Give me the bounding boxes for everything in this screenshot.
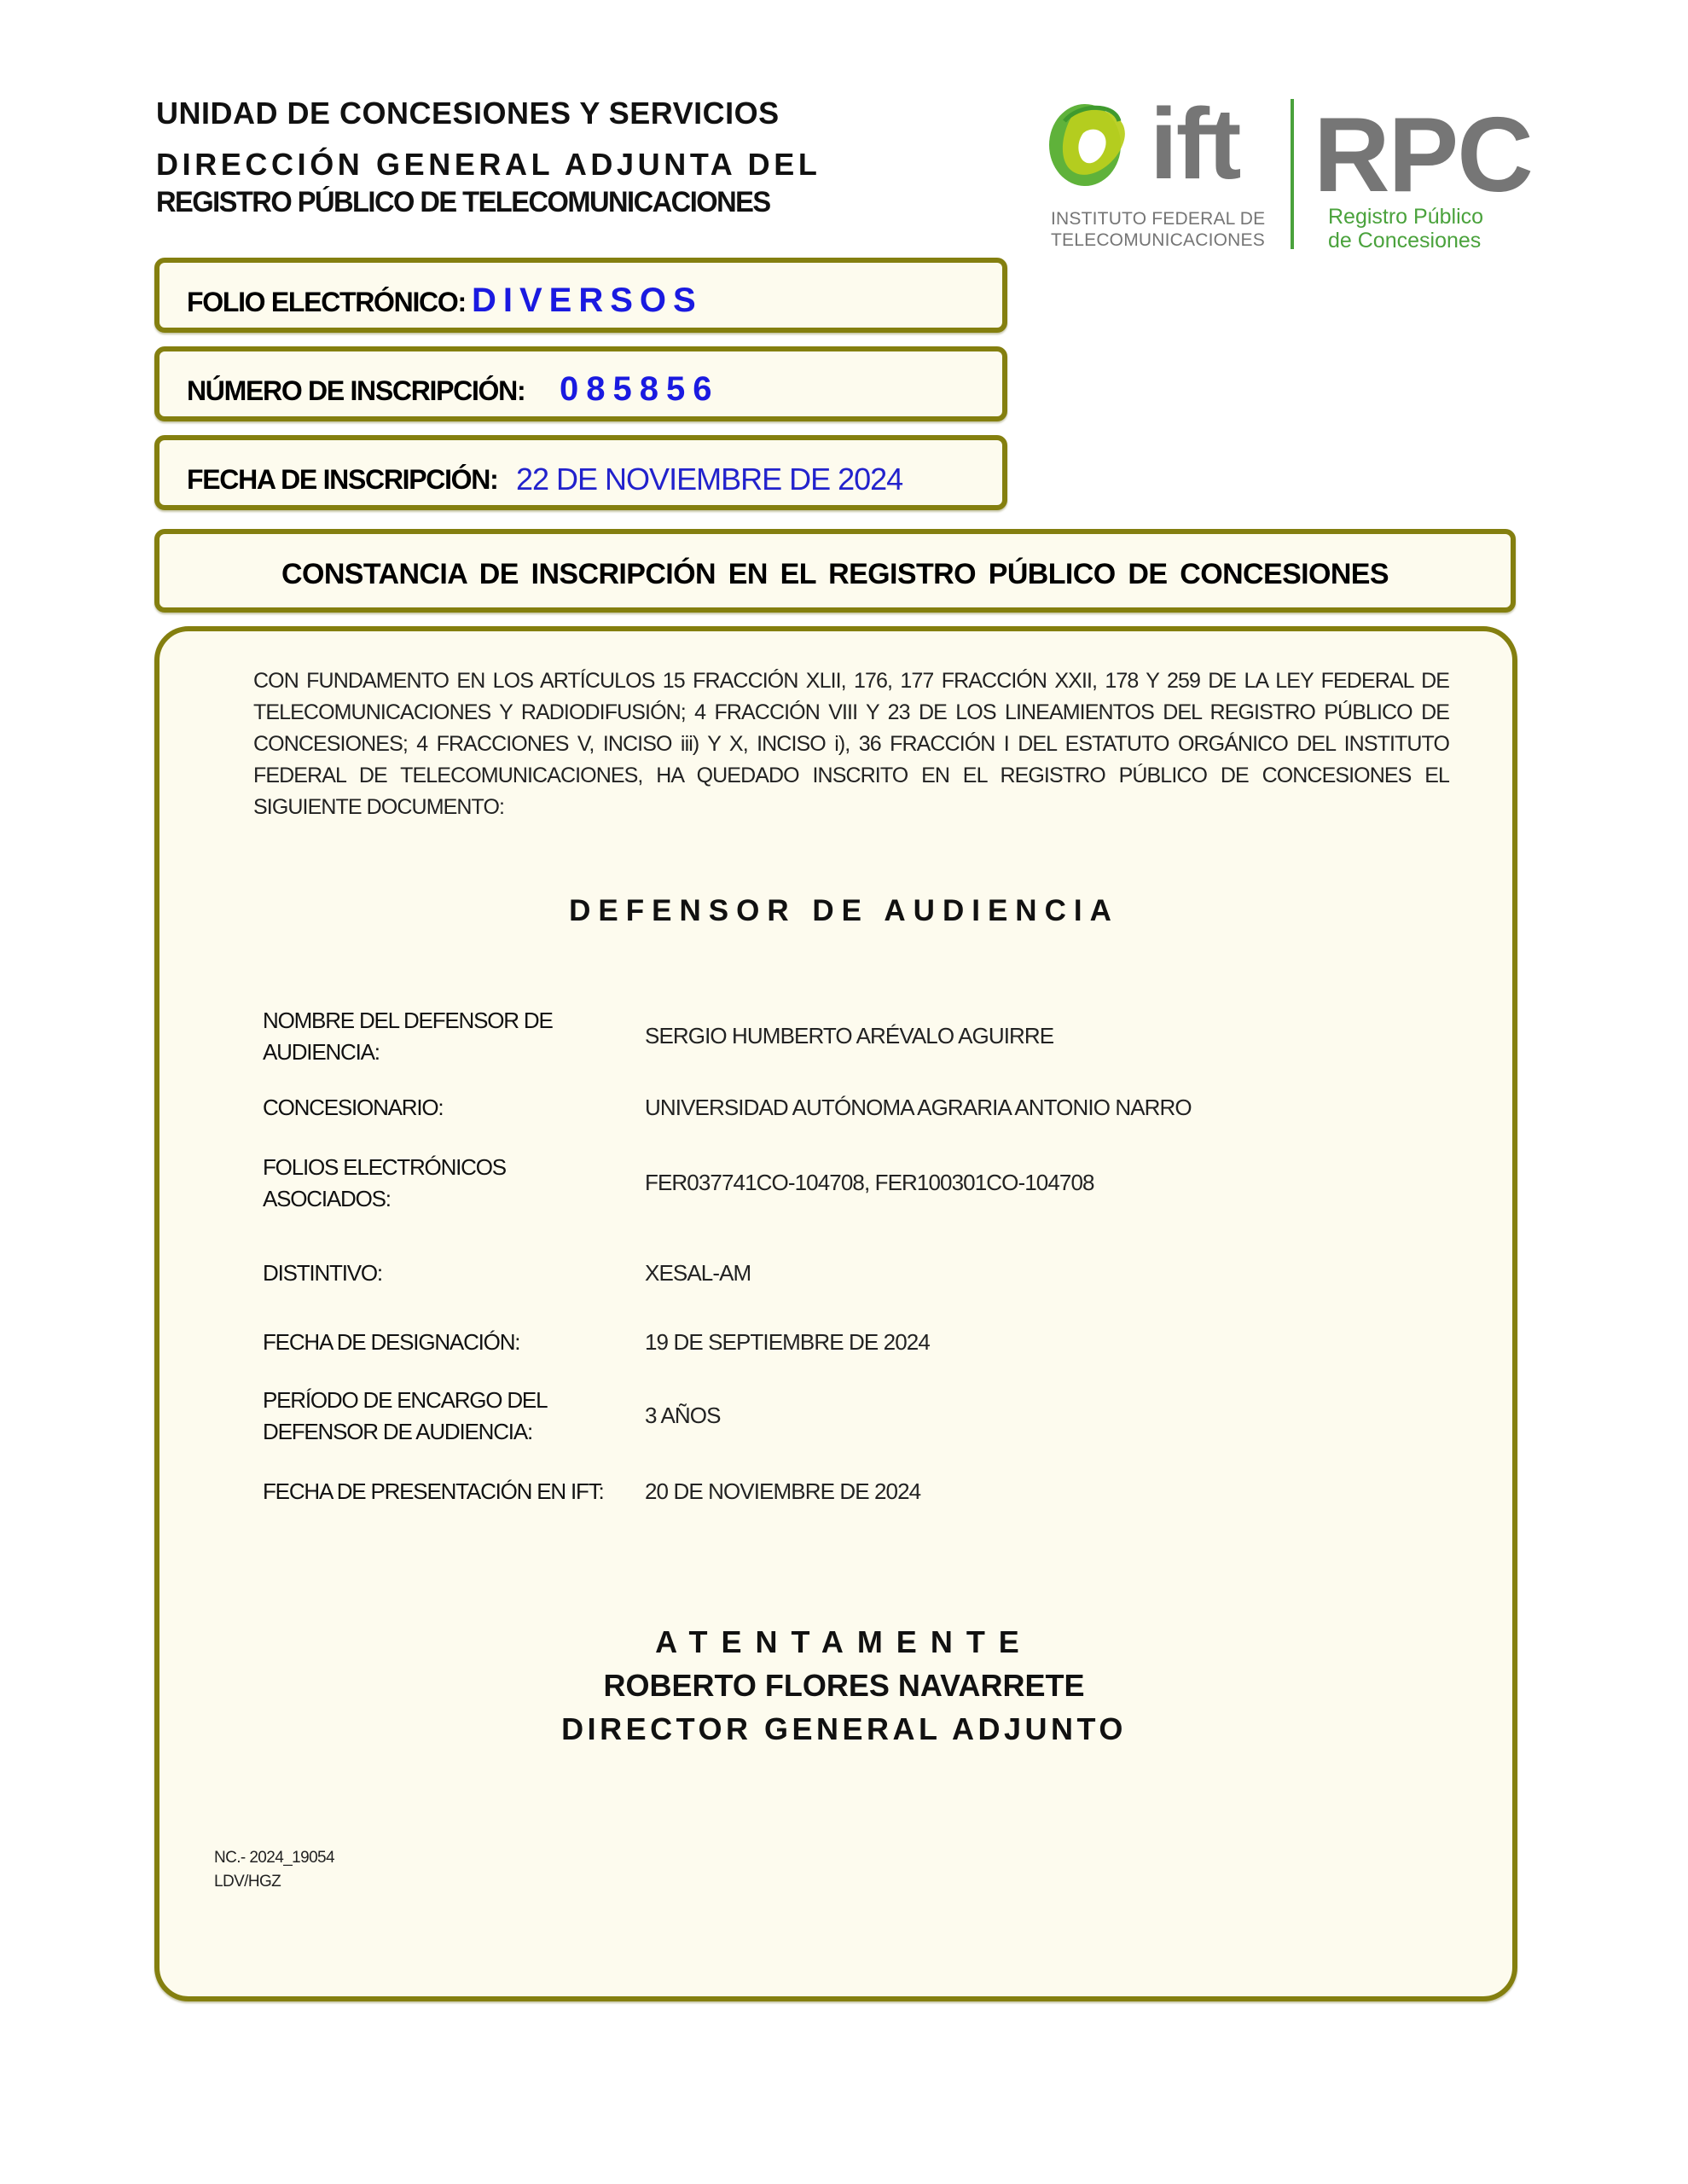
ift-subtitle-line2: TELECOMUNICACIONES [1051,229,1265,251]
rpc-subtitle-line1: Registro Público [1328,205,1483,229]
reference-code: NC.- 2024_19054 [214,1849,334,1867]
field-value: UNIVERSIDAD AUTÓNOMA AGRARIA ANTONIO NAR… [645,1092,1192,1124]
title-box: CONSTANCIA DE INSCRIPCIÓN EN EL REGISTRO… [154,529,1516,613]
field-value: 19 DE SEPTIEMBRE DE 2024 [645,1327,930,1358]
field-value: XESAL-AM [645,1258,751,1289]
field-value: FER037741CO-104708, FER100301CO-104708 [645,1167,1094,1199]
field-label: PERÍODO DE ENCARGO DEL DEFENSOR DE AUDIE… [263,1385,595,1448]
field-value: 20 DE NOVIEMBRE DE 2024 [645,1476,920,1507]
document-title: CONSTANCIA DE INSCRIPCIÓN EN EL REGISTRO… [160,558,1511,591]
ift-subtitle-line1: INSTITUTO FEDERAL DE [1051,208,1265,229]
closing-text: ATENTAMENTE [0,1624,1688,1660]
field-label: FOLIOS ELECTRÓNICOS ASOCIADOS: [263,1152,629,1215]
main-content-box [154,626,1517,2001]
fecha-box: FECHA DE INSCRIPCIÓN: 22 DE NOVIEMBRE DE… [154,435,1007,510]
field-value: 3 AÑOS [645,1400,721,1432]
fecha-label: FECHA DE INSCRIPCIÓN: [187,464,497,496]
header-unit: UNIDAD DE CONCESIONES Y SERVICIOS [156,96,780,131]
folio-box: FOLIO ELECTRÓNICO: DIVERSOS [154,258,1007,333]
rpc-wordmark: RPC [1314,102,1532,208]
folio-value: DIVERSOS [472,282,703,320]
header-registry: REGISTRO PÚBLICO DE TELECOMUNICACIONES [156,186,770,219]
section-title: DEFENSOR DE AUDIENCIA [0,894,1688,928]
field-label: DISTINTIVO: [263,1258,629,1289]
header-direction: DIRECCIÓN GENERAL ADJUNTA DEL [156,147,821,183]
field-value: SERGIO HUMBERTO ARÉVALO AGUIRRE [645,1020,1053,1052]
numero-label: NÚMERO DE INSCRIPCIÓN: [187,375,525,407]
field-label: FECHA DE DESIGNACIÓN: [263,1327,629,1358]
logo-divider [1291,99,1294,249]
ift-swirl-icon [1041,96,1146,191]
rpc-subtitle: Registro Público de Concesiones [1328,205,1483,253]
ift-subtitle: INSTITUTO FEDERAL DE TELECOMUNICACIONES [1051,208,1265,251]
field-label: NOMBRE DEL DEFENSOR DE AUDIENCIA: [263,1005,629,1068]
fecha-value: 22 DE NOVIEMBRE DE 2024 [516,462,902,497]
ift-wordmark: ift [1150,94,1239,195]
field-label: FECHA DE PRESENTACIÓN EN IFT: [263,1476,629,1507]
folio-label: FOLIO ELECTRÓNICO: [187,287,466,318]
rpc-subtitle-line2: de Concesiones [1328,229,1483,253]
numero-value: 085856 [560,370,719,409]
legal-paragraph: CON FUNDAMENTO EN LOS ARTÍCULOS 15 FRACC… [253,665,1449,823]
field-label: CONCESIONARIO: [263,1092,629,1124]
signatory-position: DIRECTOR GENERAL ADJUNTO [0,1711,1688,1747]
numero-box: NÚMERO DE INSCRIPCIÓN: 085856 [154,346,1007,421]
reference-initials: LDV/HGZ [214,1873,281,1891]
signatory-name: ROBERTO FLORES NAVARRETE [0,1668,1688,1704]
